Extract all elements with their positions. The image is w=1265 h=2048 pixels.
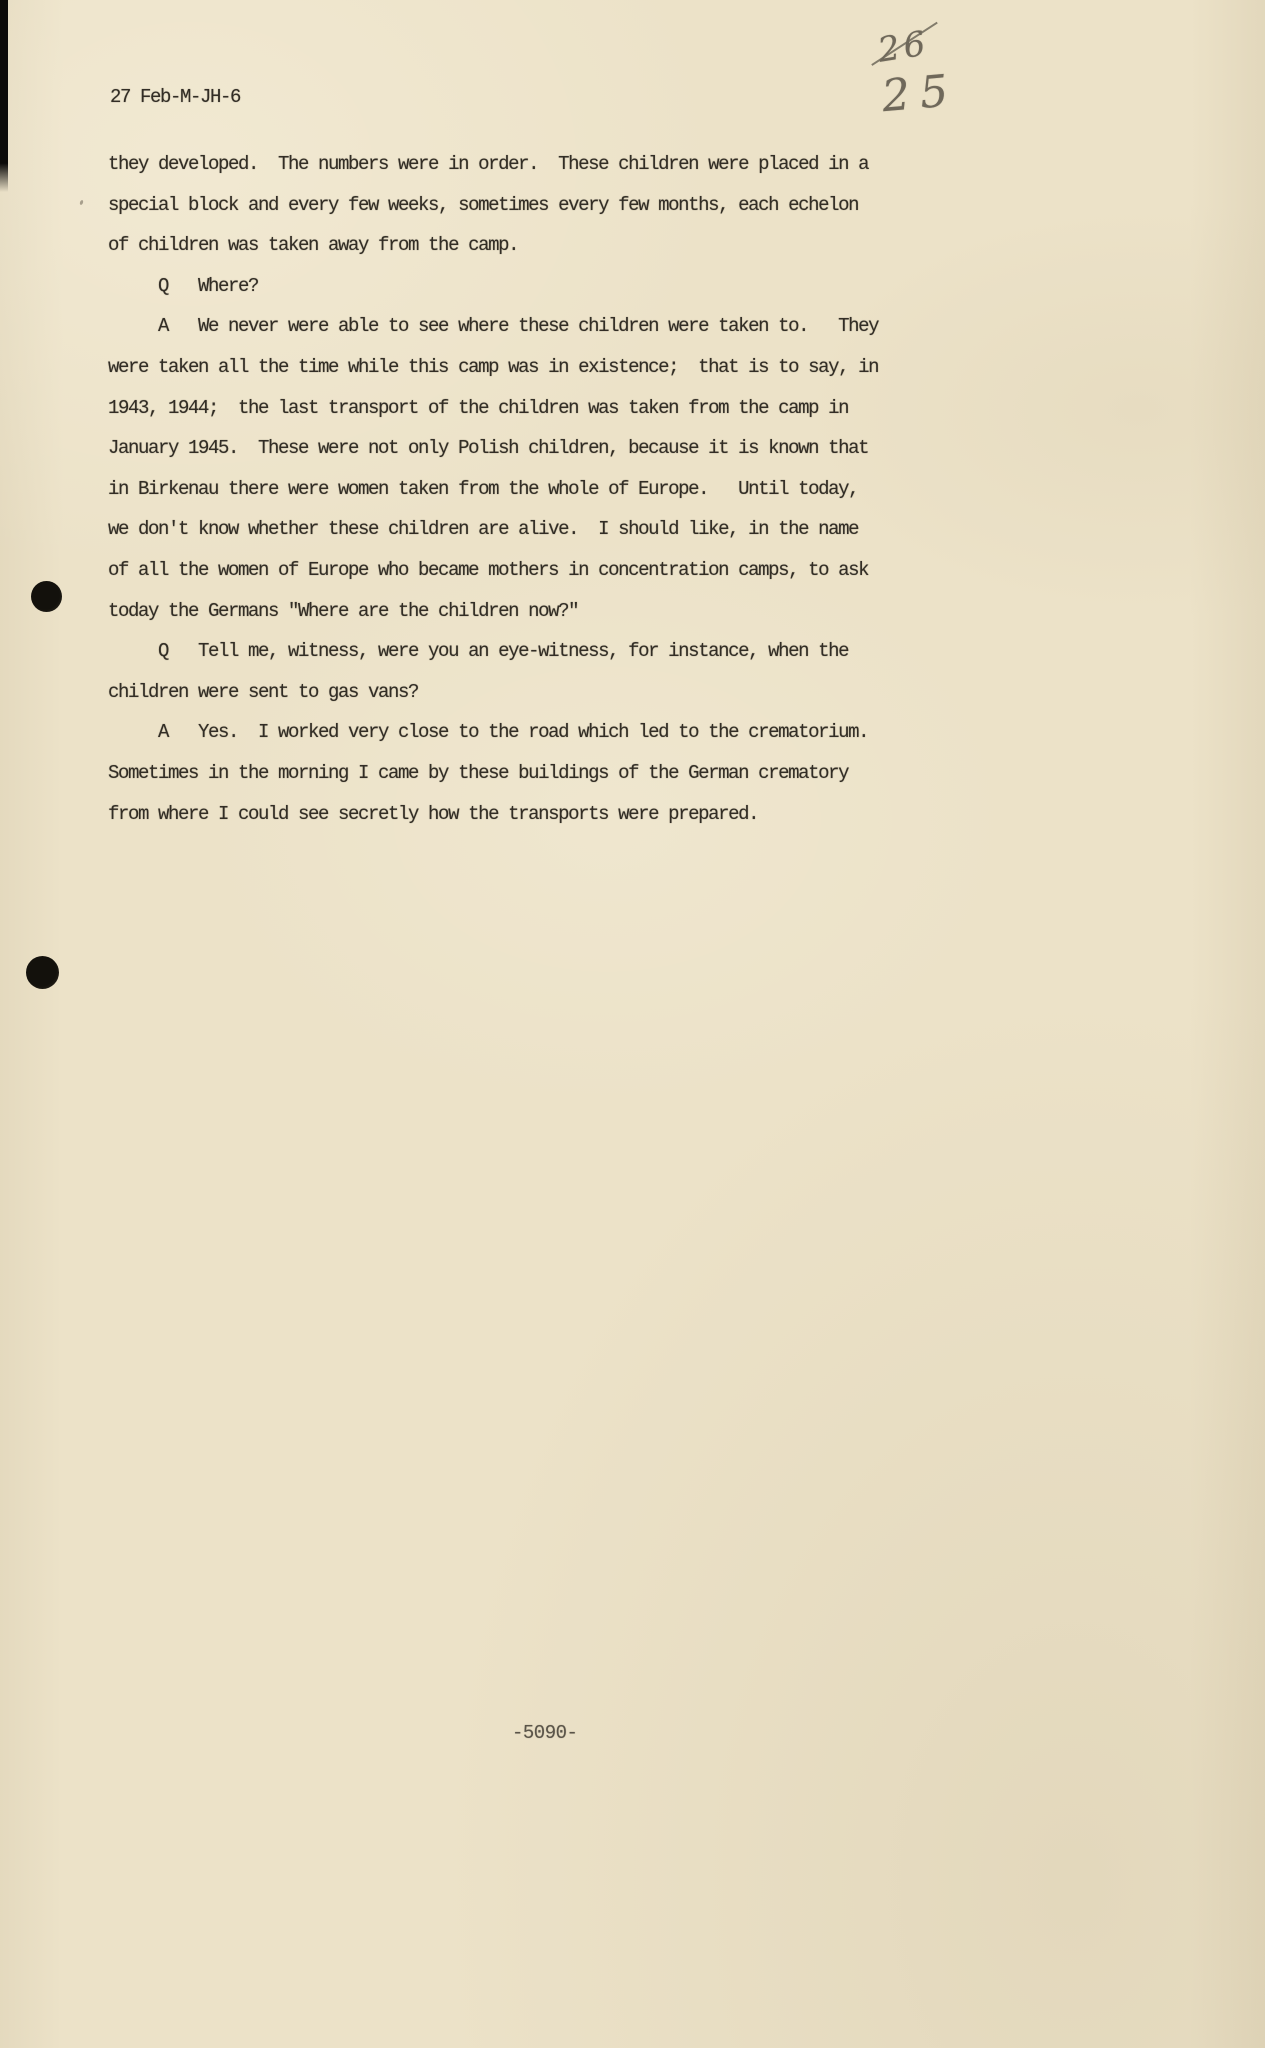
transcript-line: Sometimes in the morning I came by these…	[108, 753, 1168, 794]
transcript-text: they developed. The numbers were in orde…	[108, 144, 1168, 834]
hole-punch-mark-bottom	[26, 956, 59, 989]
handwritten-crossed-out-number: 26	[875, 23, 932, 71]
handwritten-page-number: 25	[880, 65, 960, 122]
transcript-line: A Yes. I worked very close to the road w…	[108, 712, 1168, 753]
transcript-line: Q Tell me, witness, were you an eye-witn…	[108, 631, 1168, 672]
transcript-line: children were sent to gas vans?	[108, 672, 1168, 713]
transcript-line: A We never were able to see where these …	[108, 306, 1168, 347]
transcript-line: January 1945. These were not only Polish…	[108, 428, 1168, 469]
transcript-line: Q Where?	[108, 266, 1168, 307]
document-header-code: 27 Feb-M-JH-6	[110, 86, 240, 108]
transcript-line: special block and every few weeks, somet…	[108, 185, 1168, 226]
transcript-line: 1943, 1944; the last transport of the ch…	[108, 388, 1168, 429]
transcript-line: today the Germans "Where are the childre…	[108, 591, 1168, 632]
transcript-line: from where I could see secretly how the …	[108, 794, 1168, 835]
scan-edge-artifact	[0, 0, 8, 192]
transcript-line: of children was taken away from the camp…	[108, 225, 1168, 266]
hole-punch-mark-top	[31, 581, 62, 612]
transcript-line: of all the women of Europe who became mo…	[108, 550, 1168, 591]
transcript-line: in Birkenau there were women taken from …	[108, 469, 1168, 510]
scanned-document-page: 26 25 27 Feb-M-JH-6 they developed. The …	[0, 0, 1265, 2048]
transcript-line: were taken all the time while this camp …	[108, 347, 1168, 388]
transcript-line: we don't know whether these children are…	[108, 509, 1168, 550]
page-number-footer: -5090-	[512, 1722, 577, 1744]
transcript-line: they developed. The numbers were in orde…	[108, 144, 1168, 185]
ink-speck	[79, 200, 84, 206]
